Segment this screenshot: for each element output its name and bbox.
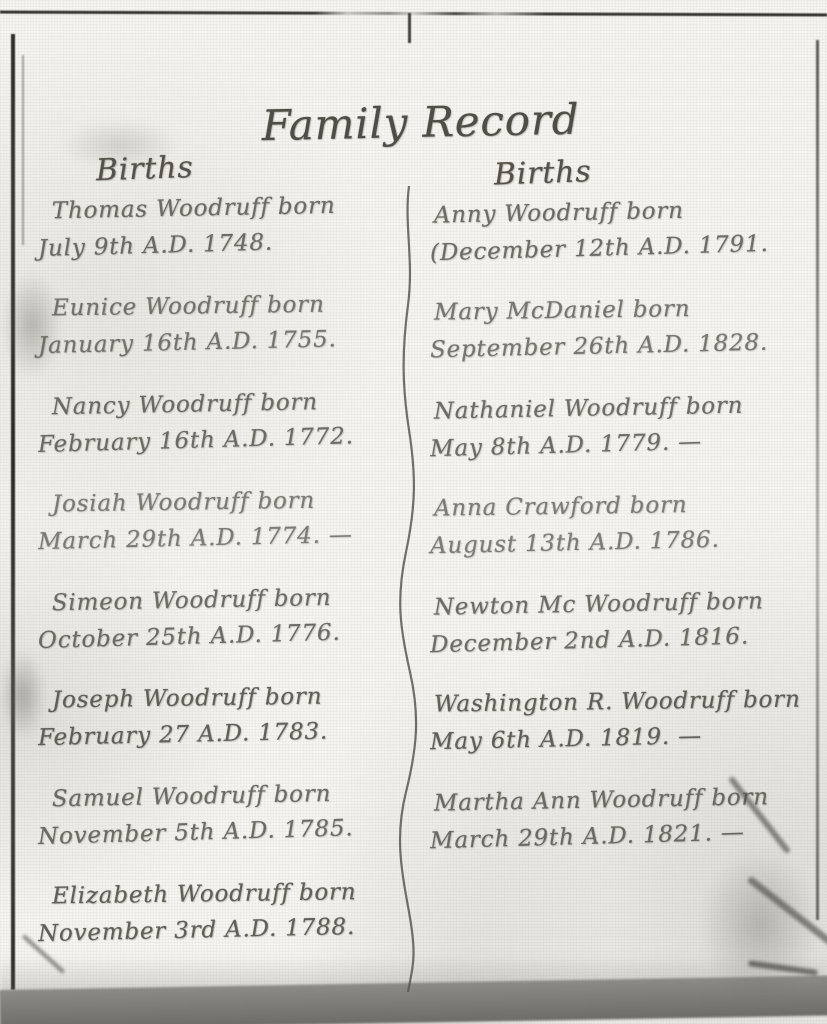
entry-date-line: March 29th A.D. 1774. —	[38, 516, 401, 560]
birth-entry: Nancy Woodruff born February 16th A.D. 1…	[38, 385, 401, 485]
birth-entry: Simeon Woodruff born October 25th A.D. 1…	[38, 581, 401, 681]
birth-entry: Anna Crawford born August 13th A.D. 1786…	[430, 488, 810, 586]
right-scan-edge-line	[816, 40, 819, 920]
birth-entry: Washington R. Woodruff born May 6th A.D.…	[430, 684, 810, 782]
entry-date-line: August 13th A.D. 1786.	[430, 520, 811, 565]
scanned-family-record-page: Family Record Births Thomas Woodruff bor…	[0, 0, 827, 1024]
birth-entry: Nathaniel Woodruff born May 8th A.D. 177…	[430, 389, 811, 489]
birth-entry: Joseph Woodruff born February 27 A.D. 17…	[38, 680, 400, 778]
birth-entry: Newton Mc Woodruff born December 2nd A.D…	[430, 585, 811, 685]
birth-entry: Samuel Woodruff born November 5th A.D. 1…	[38, 777, 401, 877]
right-births-column: Births Anny Woodruff born (December 12th…	[430, 152, 810, 880]
birth-entry: Mary McDaniel born September 26th A.D. 1…	[430, 292, 810, 390]
entry-date-line: September 26th A.D. 1828.	[430, 324, 811, 369]
birth-entry: Eunice Woodruff born January 16th A.D. 1…	[38, 288, 400, 386]
birth-entry: Elizabeth Woodruff born November 3rd A.D…	[38, 876, 400, 974]
page-title: Family Record	[0, 89, 827, 155]
entry-date-line: November 3rd A.D. 1788.	[38, 908, 401, 952]
left-births-column: Births Thomas Woodruff born July 9th A.D…	[38, 148, 400, 974]
birth-entry: Anny Woodruff born (December 12th A.D. 1…	[430, 193, 811, 293]
entry-date-line: January 16th A.D. 1755.	[38, 320, 401, 364]
birth-entry: Martha Ann Woodruff born March 29th A.D.…	[430, 781, 811, 881]
entry-date-line: February 27 A.D. 1783.	[38, 712, 401, 756]
entry-date-line: May 6th A.D. 1819. —	[430, 716, 811, 761]
birth-entry: Josiah Woodruff born March 29th A.D. 177…	[38, 484, 400, 582]
birth-entry: Thomas Woodruff born July 9th A.D. 1748.	[38, 189, 401, 289]
left-scan-edge-line	[11, 34, 15, 990]
